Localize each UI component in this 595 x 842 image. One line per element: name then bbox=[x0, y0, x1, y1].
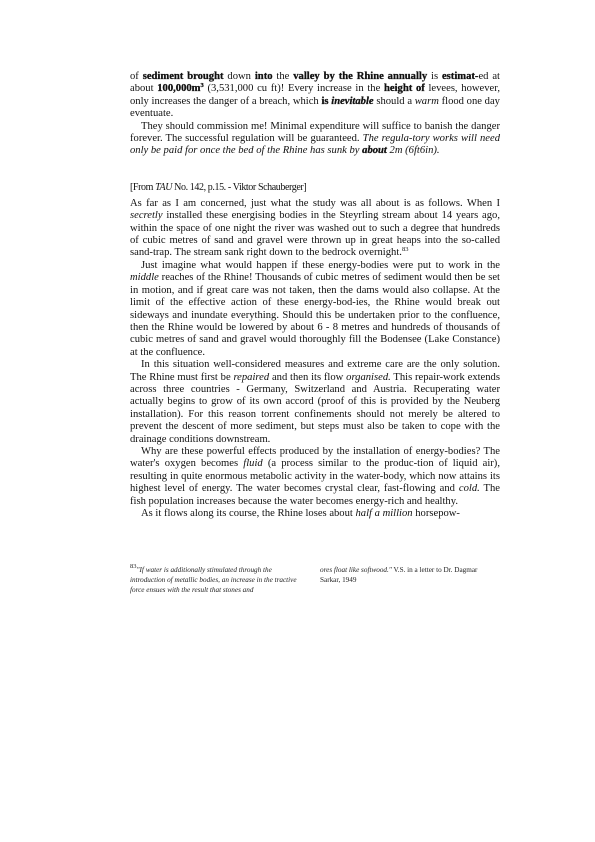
italic-text: organised. bbox=[346, 372, 391, 383]
bold-text: valley by the Rhine annually bbox=[293, 71, 427, 82]
footnote-83: 83"If water is additionally stimulated t… bbox=[130, 565, 500, 596]
italic-text: half a million bbox=[356, 508, 413, 519]
paragraph-horsepower: As it flows along its course, the Rhine … bbox=[130, 508, 500, 520]
bold-text: height of bbox=[384, 83, 425, 94]
text: the bbox=[273, 71, 294, 82]
paragraph-middle-reaches: Just imagine what would happen if these … bbox=[130, 260, 500, 359]
paragraph-powerful-effects: Why are these powerful effects produced … bbox=[130, 446, 500, 508]
footnote-reference[interactable]: 83 bbox=[402, 246, 409, 253]
paragraph-situation: In this situation well-considered measur… bbox=[130, 359, 500, 446]
text: reaches of the Rhine! Thousands of cubic… bbox=[130, 272, 500, 357]
text: No. 142, p.15. - Viktor Schauberger] bbox=[172, 182, 306, 193]
italic-text: repaired bbox=[233, 372, 269, 383]
text: As it flows along its course, the Rhine … bbox=[141, 508, 356, 519]
paragraph-sediment: of sediment brought down into the valley… bbox=[130, 71, 500, 121]
italic-text: TAU bbox=[155, 182, 172, 193]
bold-text: is bbox=[321, 96, 328, 107]
text: should a bbox=[374, 96, 415, 107]
footnote-quote-end: ores float like softwood." bbox=[320, 566, 392, 574]
bold-text: estimat- bbox=[442, 71, 478, 82]
italic-text: middle bbox=[130, 272, 159, 283]
text: of bbox=[130, 71, 143, 82]
text: As far as I am concerned, just what the … bbox=[130, 198, 500, 209]
bold-text: 100,000m bbox=[157, 83, 200, 94]
paragraph-commission: They should commission me! Minimal expen… bbox=[130, 121, 500, 158]
bold-italic-text: about bbox=[362, 145, 387, 156]
bold-text: into bbox=[255, 71, 273, 82]
text: down bbox=[224, 71, 255, 82]
italic-text: secretly bbox=[130, 210, 163, 221]
bold-text: sediment brought bbox=[143, 71, 224, 82]
footnote-column-1: 83"If water is additionally stimulated t… bbox=[130, 565, 306, 596]
text: installed these energising bodies in the… bbox=[130, 210, 500, 258]
italic-text: 2m (6ft6in). bbox=[387, 145, 440, 156]
paragraph-steyrling: As far as I am concerned, just what the … bbox=[130, 198, 500, 260]
text: (3,531,000 cu ft)! Every increase in the bbox=[204, 83, 384, 94]
footnote-quote: "If water is additionally stimulated thr… bbox=[130, 566, 297, 594]
bold-italic-text: inevitable bbox=[331, 96, 373, 107]
italic-text: cold. bbox=[459, 483, 480, 494]
text: Just imagine what would happen if these … bbox=[141, 260, 500, 271]
italic-text: fluid bbox=[243, 458, 262, 469]
text: is bbox=[427, 71, 442, 82]
text: [From bbox=[130, 182, 155, 193]
text: and then its flow bbox=[269, 372, 346, 383]
document-page: of sediment brought down into the valley… bbox=[130, 71, 500, 520]
source-citation: [From TAU No. 142, p.15. - Viktor Schaub… bbox=[130, 182, 500, 194]
italic-text: warm bbox=[415, 96, 439, 107]
text: horsepow- bbox=[413, 508, 460, 519]
footnote-column-2: ores float like softwood." V.S. in a let… bbox=[320, 565, 496, 596]
